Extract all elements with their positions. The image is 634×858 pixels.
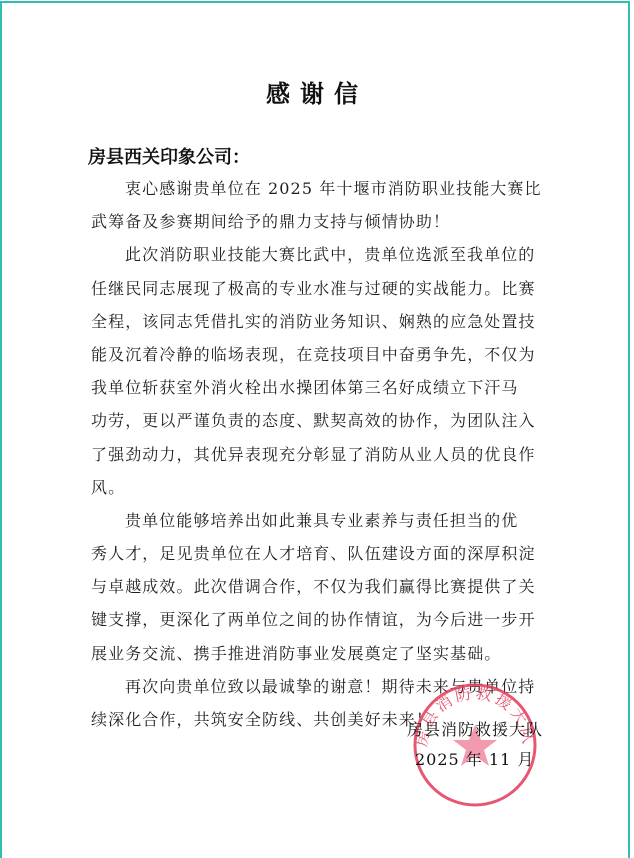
paragraph-1-line-2: 武筹备及参赛期间给予的鼎力支持与倾情协助！ xyxy=(91,205,541,238)
signature-date: 2025 年 11 月 xyxy=(407,745,543,775)
paragraph-2-line-8: 风。 xyxy=(91,471,541,504)
letter-body: 衷心感谢贵单位在 2025 年十堰市消防职业技能大赛比 武筹备及参赛期间给予的鼎… xyxy=(91,172,541,736)
paragraph-3-line-3: 与卓越成效。此次借调合作，不仅为我们赢得比赛提供了关 xyxy=(91,570,541,603)
paragraph-2-line-2: 任继民同志展现了极高的专业水准与过硬的实战能力。比赛 xyxy=(91,272,541,305)
paragraph-3-line-2: 秀人才，足见贵单位在人才培育、队伍建设方面的深厚积淀 xyxy=(91,537,541,570)
paragraph-3-line-4: 键支撑，更深化了两单位之间的协作情谊，为今后进一步开 xyxy=(91,603,541,636)
paragraph-2-line-1: 此次消防职业技能大赛比武中，贵单位选派至我单位的 xyxy=(91,238,541,271)
paragraph-2-line-4: 能及沉着冷静的临场表现，在竞技项目中奋勇争先，不仅为 xyxy=(91,338,541,371)
paragraph-2-line-6: 功劳，更以严谨负责的态度、默契高效的协作，为团队注入 xyxy=(91,404,541,437)
paragraph-1-line-1: 衷心感谢贵单位在 2025 年十堰市消防职业技能大赛比 xyxy=(91,172,541,205)
paragraph-3-line-5: 展业务交流、携手推进消防事业发展奠定了坚实基础。 xyxy=(91,637,541,670)
paragraph-2-line-5: 我单位斩获室外消火栓出水操团体第三名好成绩立下汗马 xyxy=(91,371,541,404)
letter-signature: 房县消防救援大队 2025 年 11 月 xyxy=(407,715,543,775)
paragraph-2-line-3: 全程，该同志凭借扎实的消防业务知识、娴熟的应急处置技 xyxy=(91,305,541,338)
paragraph-3-line-1: 贵单位能够培养出如此兼具专业素养与责任担当的优 xyxy=(91,504,541,537)
signature-organization: 房县消防救援大队 xyxy=(407,715,543,745)
letter-salutation: 房县西关印象公司： xyxy=(88,143,250,169)
paragraph-2-line-7: 了强劲动力，其优异表现充分彰显了消防从业人员的优良作 xyxy=(91,438,541,471)
letter-title: 感谢信 xyxy=(0,74,634,109)
